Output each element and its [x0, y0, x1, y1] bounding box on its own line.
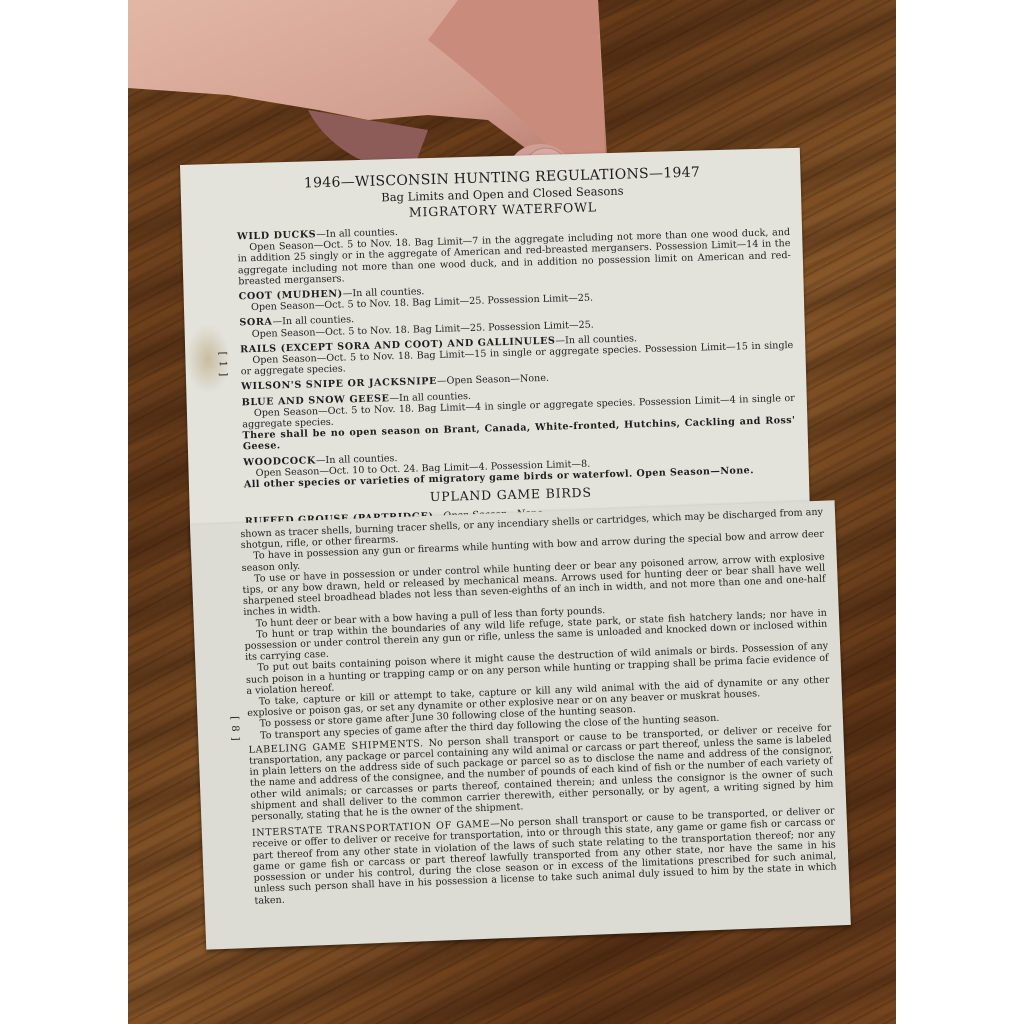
pamphlet-page-8: [ 8 ] shown as tracer shells, burning tr… [190, 500, 851, 949]
page-number: [ 8 ] [229, 716, 241, 742]
pamphlet-page-1: [ 1 ] 1946—WISCONSIN HUNTING REGULATIONS… [180, 148, 811, 550]
photo-background-wood-table: [ 1 ] 1946—WISCONSIN HUNTING REGULATIONS… [128, 0, 896, 1024]
entry-wild-ducks: WILD DUCKS—In all counties. Open Season—… [237, 216, 791, 287]
page-number: [ 1 ] [216, 351, 228, 377]
entry-blue-snow-geese: BLUE AND SNOW GEESE—In all counties. Ope… [242, 382, 796, 453]
section-interstate-transportation: INTERSTATE TRANSPORTATION OF GAME—No per… [252, 806, 838, 907]
